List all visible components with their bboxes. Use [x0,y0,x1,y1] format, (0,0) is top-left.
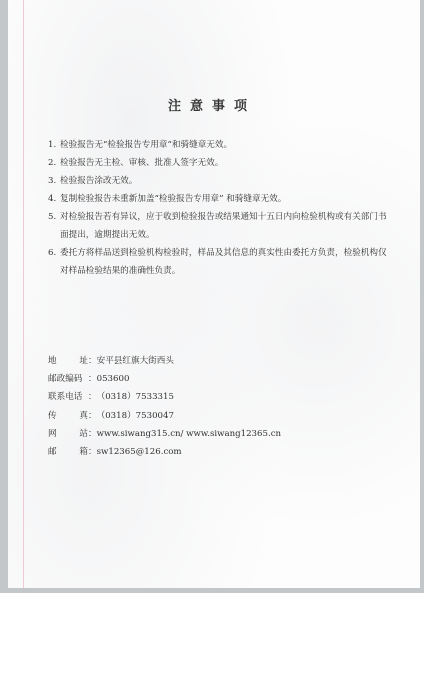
notice-text: 检验报告无主检、审核、批准人签字无效。 [60,154,388,172]
label-part: 真 [79,407,88,425]
notice-item: 2. 检验报告无主检、审核、批准人签字无效。 [48,154,388,172]
label-part: 箱 [79,443,88,461]
contact-label: 地址 [48,352,88,370]
contact-label: 邮政编码 [48,370,88,388]
notice-number: 3. [48,172,60,190]
notice-text: 复制检验报告未重新加盖“检验报告专用章” 和骑缝章无效。 [60,190,388,208]
notice-text: 委托方将样品送到检验机构检验时，样品及其信息的真实性由委托方负责，检验机构仅对样… [60,244,388,280]
contact-address: 地址 ： 安平县红旗大街西头 [48,352,388,370]
contact-value: 053600 [97,370,388,388]
label-separator: ： [88,443,97,461]
document-page [8,0,420,588]
contact-value: （0318）7533315 [97,388,388,406]
contact-value: （0318）7530047 [97,407,388,425]
label-part: 邮 [48,443,57,461]
contact-label: 邮箱 [48,443,88,461]
contact-label: 传真 [48,407,88,425]
contact-value: 安平县红旗大街西头 [97,352,388,370]
contact-postcode: 邮政编码 ： 053600 [48,370,388,388]
page-title: 注意事项 [0,95,424,114]
label-part: 站 [79,425,88,443]
contact-value: www.siwang315.cn/ www.siwang12365.cn [97,425,388,443]
contact-label: 联系电话 [48,388,88,406]
label-separator: ： [88,352,97,370]
contact-fax: 传真 ： （0318）7530047 [48,407,388,425]
label-separator: ： [88,425,97,443]
notice-text: 检验报告涂改无效。 [60,172,388,190]
notice-list: 1. 检验报告无“检验报告专用章”和骑缝章无效。 2. 检验报告无主检、审核、批… [48,136,388,280]
label-part: 网 [48,425,57,443]
label-part: 址 [79,352,88,370]
contact-label: 网站 [48,425,88,443]
contact-phone: 联系电话 ： （0318）7533315 [48,388,388,406]
label-part: 邮政编码 [48,370,82,388]
label-part: 联系电话 [48,388,82,406]
contact-email: 邮箱 ： sw12365@126.com [48,443,388,461]
notice-item: 4. 复制检验报告未重新加盖“检验报告专用章” 和骑缝章无效。 [48,190,388,208]
label-part: 地 [48,352,57,370]
label-separator: ： [88,388,97,406]
notice-text: 对检验报告若有异议，应于收到检验报告或结果通知十五日内向检验机构或有关部门书面提… [60,208,388,244]
label-part: 传 [48,407,57,425]
notice-item: 1. 检验报告无“检验报告专用章”和骑缝章无效。 [48,136,388,154]
label-separator: ： [88,407,97,425]
notice-number: 2. [48,154,60,172]
notice-item: 6. 委托方将样品送到检验机构检验时，样品及其信息的真实性由委托方负责，检验机构… [48,244,388,280]
notice-text: 检验报告无“检验报告专用章”和骑缝章无效。 [60,136,388,154]
margin-line [23,0,24,588]
contact-value: sw12365@126.com [97,443,388,461]
notice-number: 5. [48,208,60,244]
notice-item: 3. 检验报告涂改无效。 [48,172,388,190]
label-separator: ： [88,370,97,388]
notice-number: 4. [48,190,60,208]
notice-item: 5. 对检验报告若有异议，应于收到检验报告或结果通知十五日内向检验机构或有关部门… [48,208,388,244]
notice-number: 1. [48,136,60,154]
notice-number: 6. [48,244,60,280]
contact-info: 地址 ： 安平县红旗大街西头 邮政编码 ： 053600 联系电话 ： （031… [48,352,388,461]
contact-website: 网站 ： www.siwang315.cn/ www.siwang12365.c… [48,425,388,443]
